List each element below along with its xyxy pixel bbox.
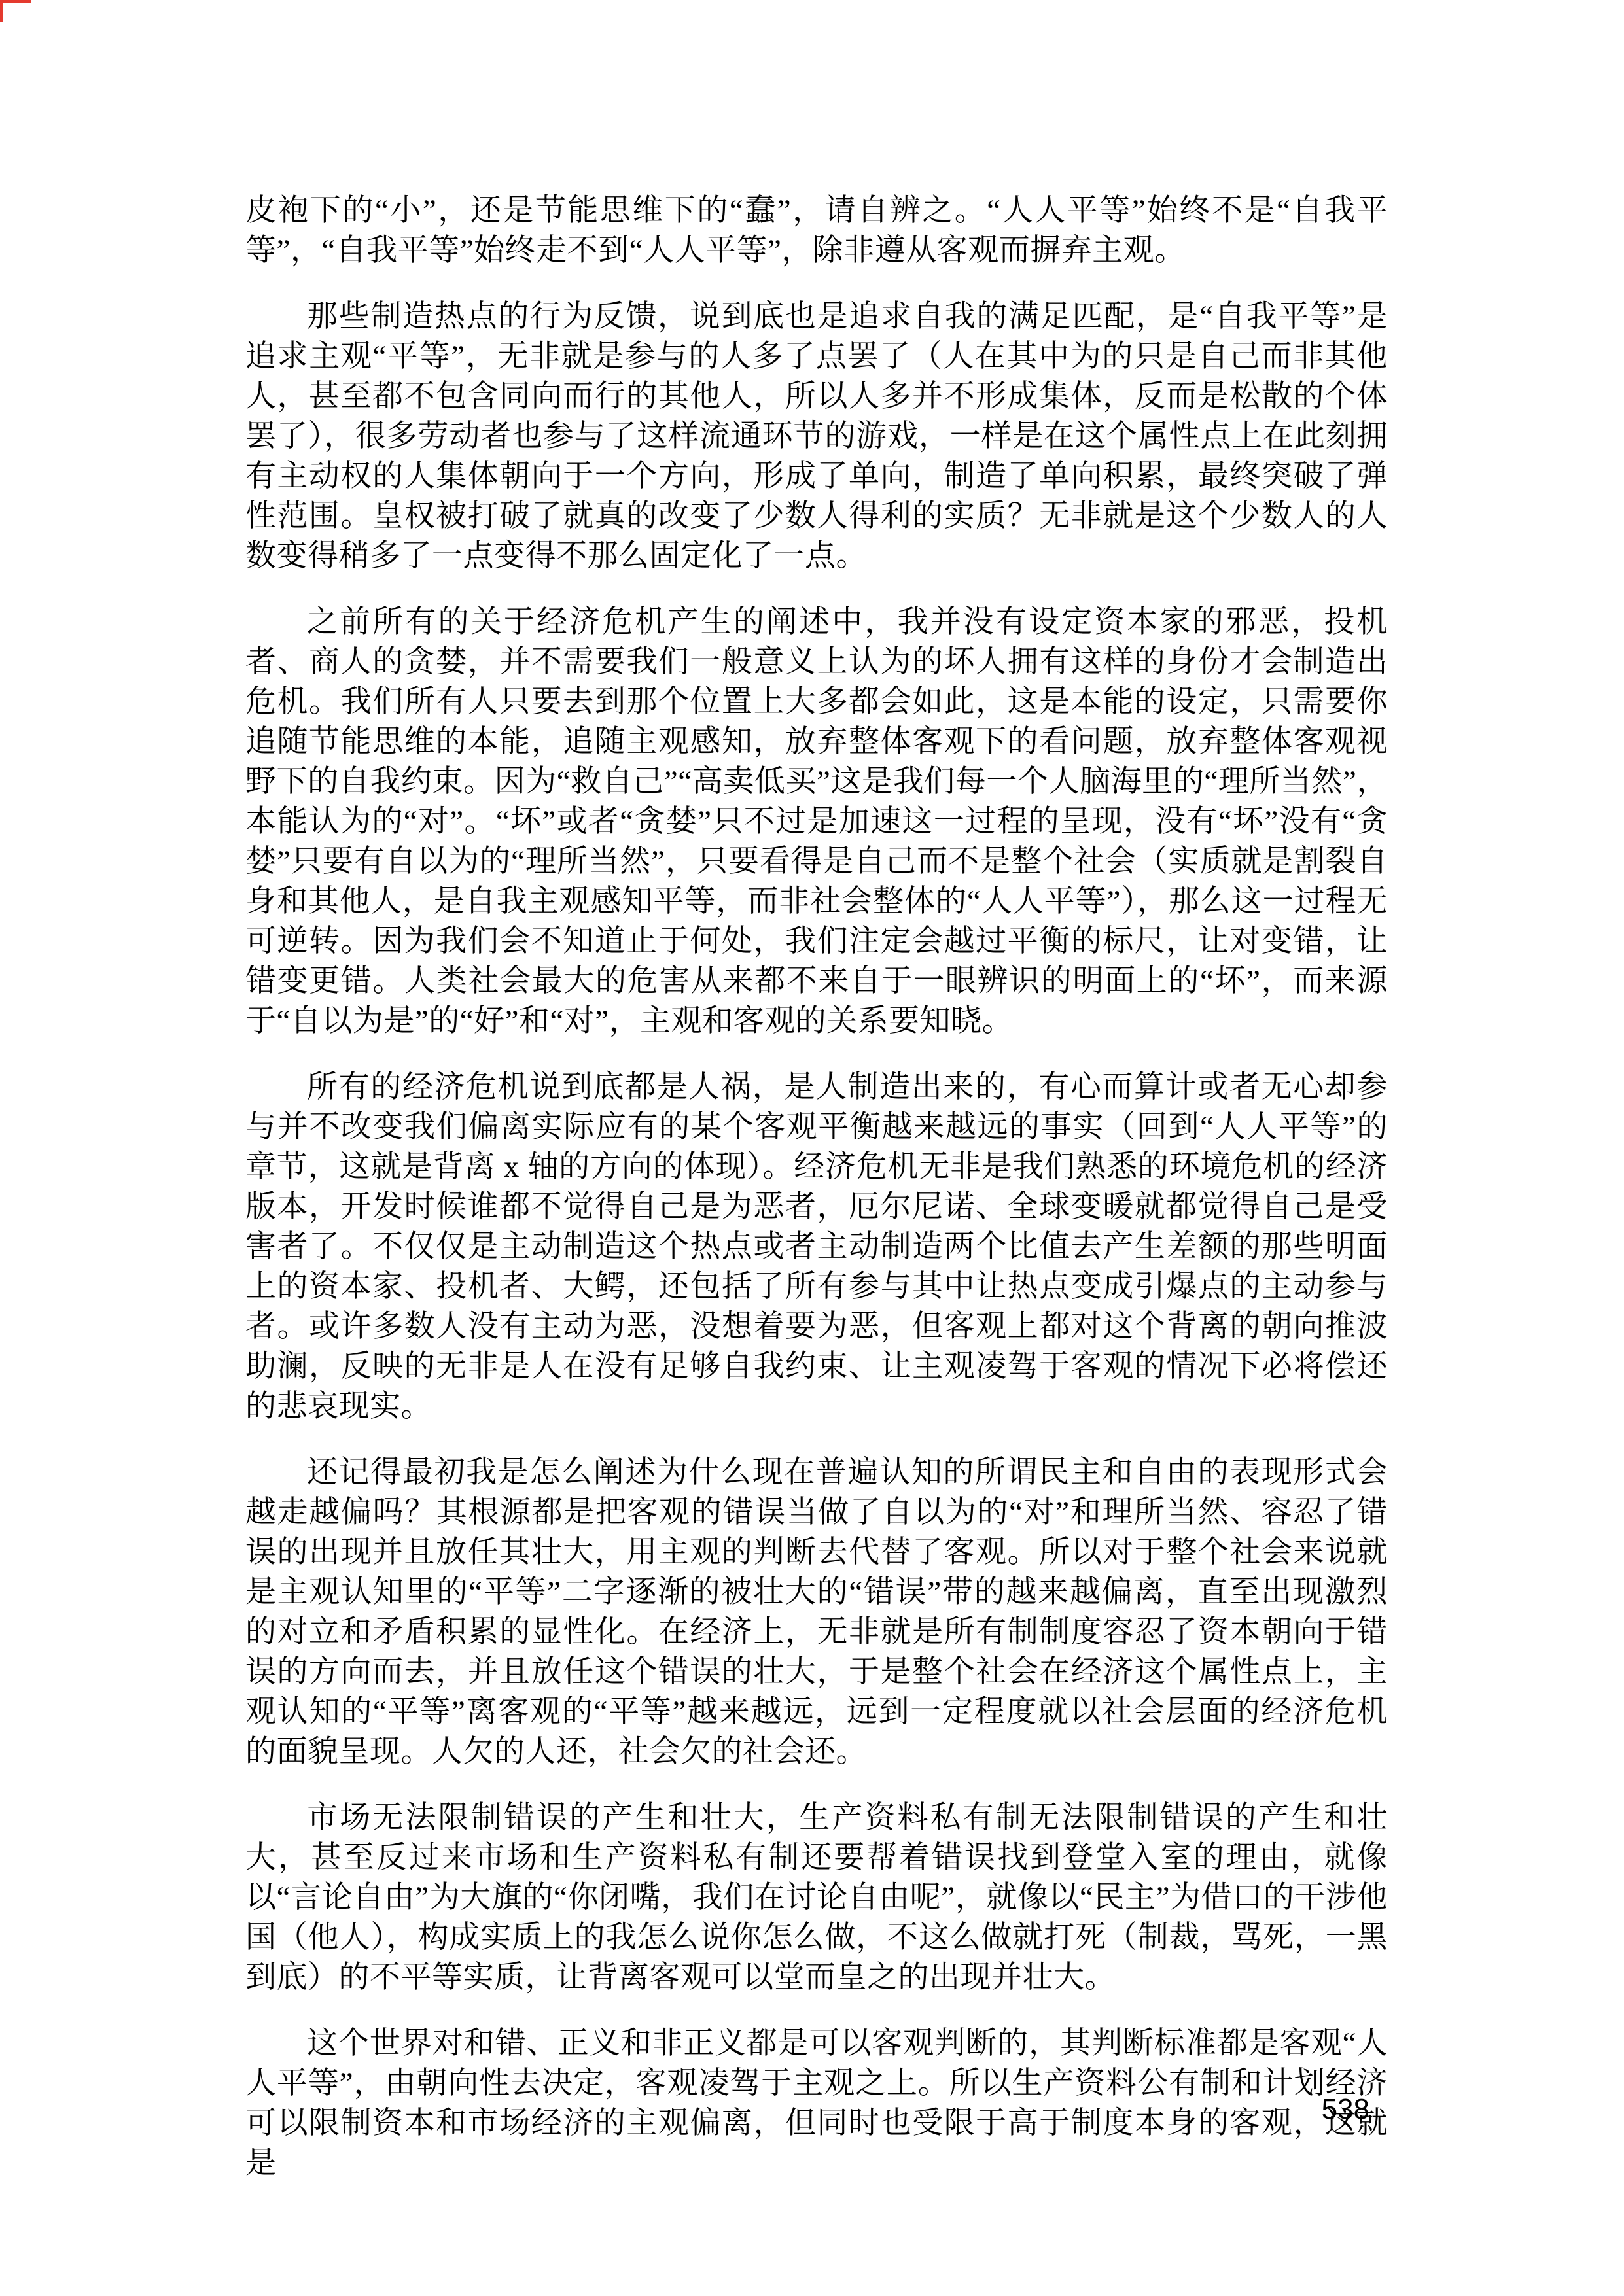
paragraph: 皮袍下的“小”，还是节能思维下的“蠢”，请自辨之。“人人平等”始终不是“自我平等… — [245, 191, 1388, 271]
paragraph: 那些制造热点的行为反馈，说到底也是追求自我的满足匹配，是“自我平等”是追求主观“… — [245, 297, 1388, 576]
page-number: 538 — [245, 2093, 1388, 2126]
scan-artifact-icon — [0, 0, 3, 22]
paragraph: 还记得最初我是怎么阐述为什么现在普遍认知的所谓民主和自由的表现形式会越走越偏吗？… — [245, 1453, 1388, 1772]
paragraph: 市场无法限制错误的产生和壮大，生产资料私有制无法限制错误的产生和壮大，甚至反过来… — [245, 1798, 1388, 1998]
scan-artifact-icon — [0, 0, 31, 3]
document-page: 皮袍下的“小”，还是节能思维下的“蠢”，请自辨之。“人人平等”始终不是“自我平等… — [0, 0, 1624, 2296]
paragraph: 所有的经济危机说到底都是人祸，是人制造出来的，有心而算计或者无心却参与并不改变我… — [245, 1068, 1388, 1427]
text-block: 皮袍下的“小”，还是节能思维下的“蠢”，请自辨之。“人人平等”始终不是“自我平等… — [245, 191, 1388, 2210]
paragraph: 之前所有的关于经济危机产生的阐述中，我并没有设定资本家的邪恶，投机者、商人的贪婪… — [245, 602, 1388, 1041]
